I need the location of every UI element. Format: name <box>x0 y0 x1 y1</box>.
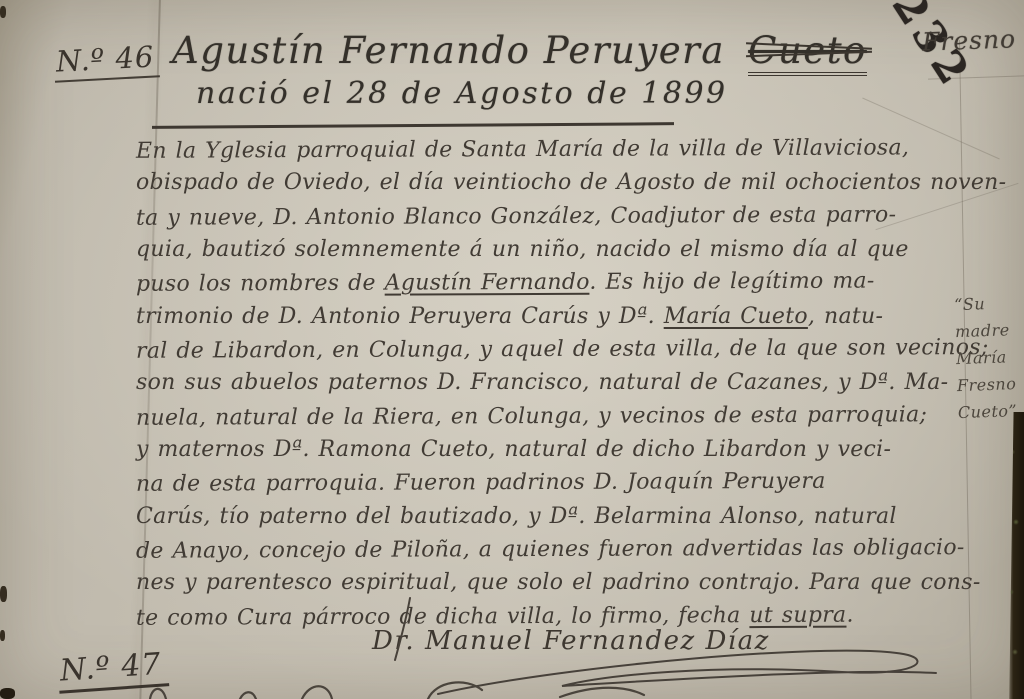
next-entry-number: N.º 47 <box>57 646 169 694</box>
margin-note-line: Fresno <box>956 370 1023 399</box>
line-text: ta y nueve, D. Antonio Blanco González, … <box>136 202 896 230</box>
margin-annotation: “Su madre María Fresno Cueto” <box>954 289 1024 426</box>
edge-speck <box>0 6 6 18</box>
next-entry-cutoff-strokes <box>150 682 644 699</box>
line-text: obispado de Oviedo, el día veintiocho de… <box>136 170 1006 195</box>
margin-note-line: “Su <box>954 289 1021 318</box>
line-text: trimonio de D. Antonio Peruyera Carús y … <box>136 304 664 329</box>
record-line: nuela, natural de la Riera, en Colunga, … <box>136 402 948 431</box>
underlined-ut-supra: ut supra <box>749 603 846 628</box>
margin-note-line: madre <box>955 316 1022 345</box>
line-text: son sus abuelos paternos D. Francisco, n… <box>136 370 948 395</box>
crossed-out-surname: Cueto <box>748 29 867 76</box>
birth-date-line: nació el 28 de Agosto de 1899 <box>196 76 728 111</box>
record-line: puso los nombres de Agustín Fernando. Es… <box>136 268 948 297</box>
line-text: Carús, tío paterno del bautizado, y Dª. … <box>136 504 897 529</box>
entry-number: N.º 46 <box>53 39 159 82</box>
edge-speck <box>0 688 15 699</box>
line-text: y maternos Dª. Ramona Cueto, natural de … <box>136 437 891 462</box>
record-line: obispado de Oviedo, el día veintiocho de… <box>136 170 948 195</box>
record-line: son sus abuelos paternos D. Francisco, n… <box>136 370 948 395</box>
record-line: En la Yglesia parroquial de Santa María … <box>136 135 948 164</box>
line-text: nuela, natural de la Riera, en Colunga, … <box>136 402 927 430</box>
record-line: na de esta parroquia. Fueron padrinos D.… <box>136 468 948 497</box>
record-line: de Anayo, concejo de Piloña, a quienes f… <box>136 535 948 564</box>
record-line: ta y nueve, D. Antonio Blanco González, … <box>136 202 948 231</box>
line-text: En la Yglesia parroquial de Santa María … <box>136 135 909 163</box>
baptism-register-page: 232 N.º 46 Agustín Fernando Peruyera Cue… <box>0 0 1024 699</box>
header-name-line: Agustín Fernando Peruyera Cueto Fresno <box>172 26 1016 76</box>
record-line: quia, bautizó solemnemente á un niño, na… <box>136 237 948 262</box>
priest-signature: Dr. Manuel Fernandez Díaz <box>372 626 770 656</box>
line-text: . <box>846 603 853 628</box>
line-text: . Es hijo de legítimo ma- <box>589 269 874 295</box>
edge-speck <box>0 586 7 602</box>
line-text: na de esta parroquia. Fueron padrinos D.… <box>136 469 826 497</box>
book-edge-right <box>1006 412 1024 699</box>
record-line: nes y parentesco espiritual, que solo el… <box>136 570 948 595</box>
underlined-mother-name: María Cueto <box>664 304 808 329</box>
line-text: puso los nombres de <box>136 271 385 297</box>
record-line: trimonio de D. Antonio Peruyera Carús y … <box>136 304 948 329</box>
header-underline <box>152 122 674 128</box>
line-text: nes y parentesco espiritual, que solo el… <box>136 570 981 595</box>
underlined-name: Agustín Fernando <box>385 270 590 296</box>
baptized-name: Agustín Fernando Peruyera <box>172 29 725 72</box>
edge-speck <box>0 630 5 641</box>
line-text: de Anayo, concejo de Piloña, a quienes f… <box>136 535 965 564</box>
margin-note-line: María <box>956 343 1023 372</box>
record-line: Carús, tío paterno del bautizado, y Dª. … <box>136 504 948 529</box>
line-text: quia, bautizó solemnemente á un niño, na… <box>136 237 909 262</box>
line-text: , natu- <box>808 304 883 329</box>
record-line: y maternos Dª. Ramona Cueto, natural de … <box>136 437 948 462</box>
corrected-surname: Fresno <box>922 24 1017 56</box>
record-line: ral de Libardon, en Colunga, y aquel de … <box>136 335 948 364</box>
line-text: ral de Libardon, en Colunga, y aquel de … <box>136 335 989 364</box>
